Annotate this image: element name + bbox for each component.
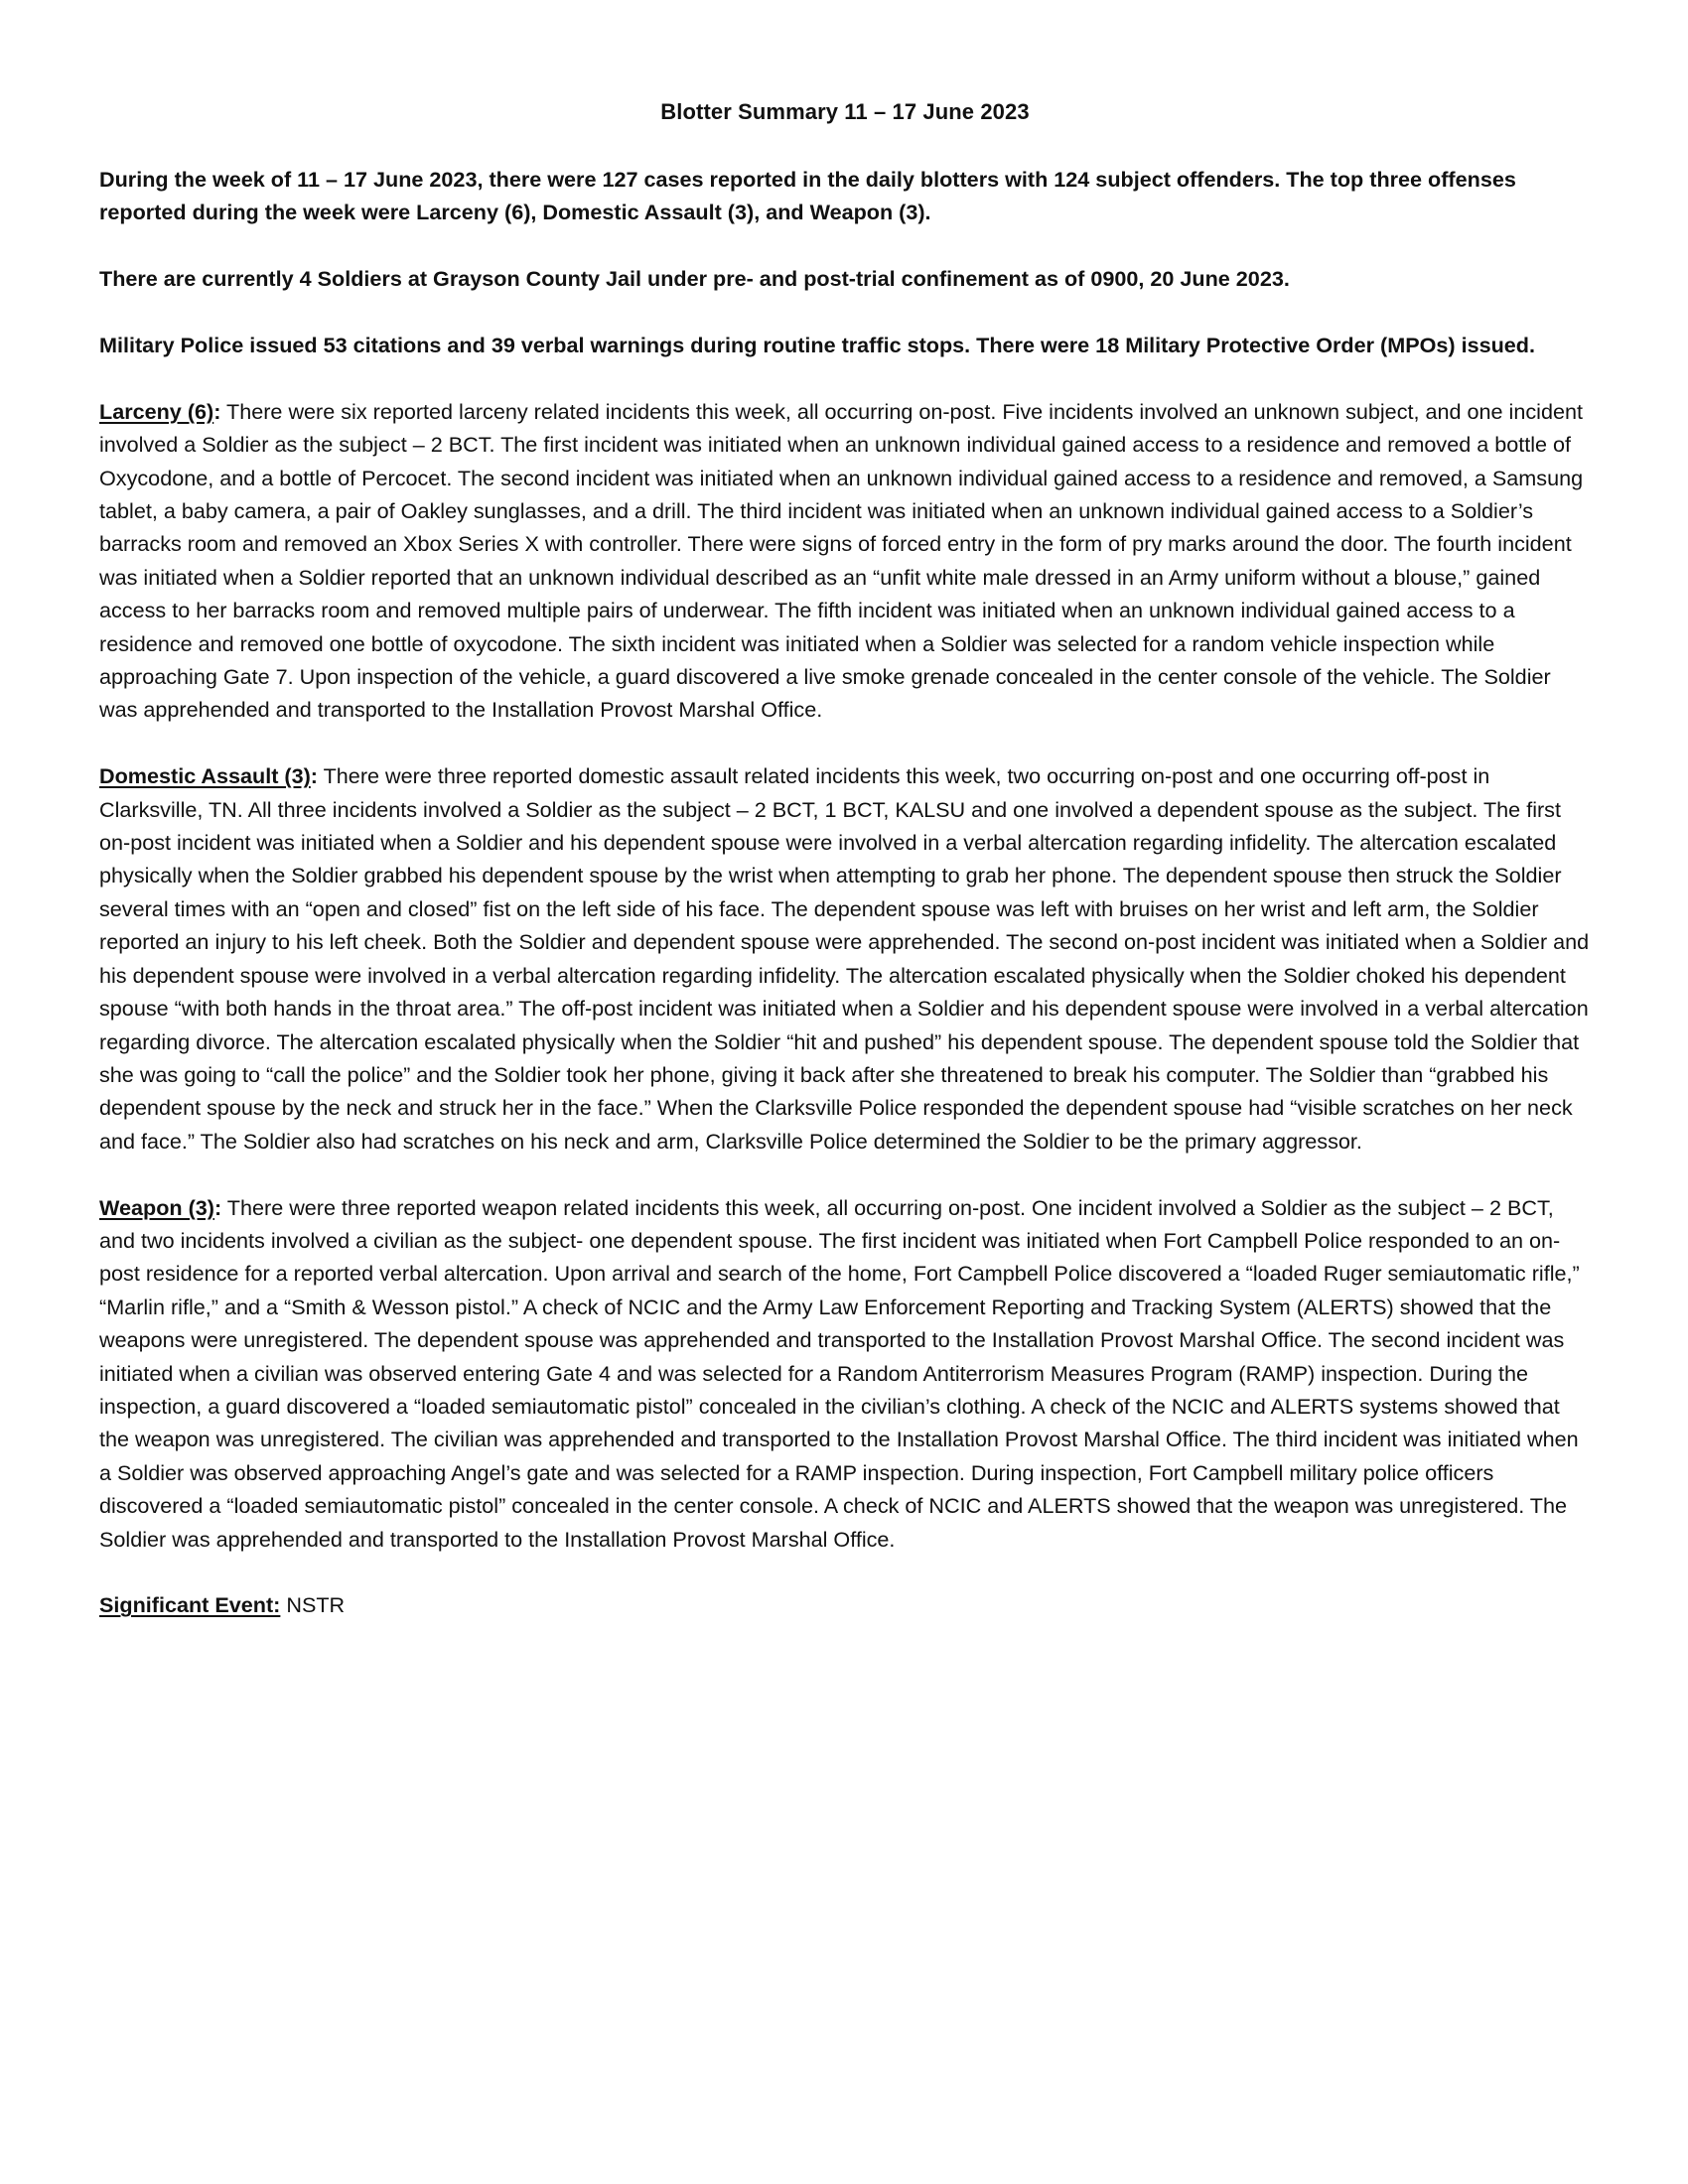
- summary-traffic-paragraph: Military Police issued 53 citations and …: [99, 329, 1591, 361]
- section-larceny: Larceny (6): There were six reported lar…: [99, 395, 1591, 727]
- section-body-significant-event: NSTR: [280, 1592, 345, 1617]
- section-heading-domestic-assault: Domestic Assault (3): [99, 763, 311, 788]
- summary-confinement-paragraph: There are currently 4 Soldiers at Grayso…: [99, 262, 1591, 295]
- section-weapon: Weapon (3): There were three reported we…: [99, 1191, 1591, 1556]
- section-body-larceny: There were six reported larceny related …: [99, 399, 1583, 723]
- document-title: Blotter Summary 11 – 17 June 2023: [99, 95, 1591, 128]
- section-heading-weapon: Weapon (3): [99, 1195, 214, 1220]
- section-colon: :: [311, 763, 318, 788]
- section-body-domestic-assault: There were three reported domestic assau…: [99, 763, 1589, 1153]
- section-significant-event: Significant Event: NSTR: [99, 1588, 1591, 1621]
- document-page: Blotter Summary 11 – 17 June 2023 During…: [99, 95, 1591, 1655]
- summary-cases-paragraph: During the week of 11 – 17 June 2023, th…: [99, 163, 1591, 229]
- section-body-weapon: There were three reported weapon related…: [99, 1195, 1580, 1552]
- section-heading-larceny: Larceny (6): [99, 399, 213, 424]
- section-heading-significant-event: Significant Event:: [99, 1592, 280, 1617]
- section-domestic-assault: Domestic Assault (3): There were three r…: [99, 759, 1591, 1158]
